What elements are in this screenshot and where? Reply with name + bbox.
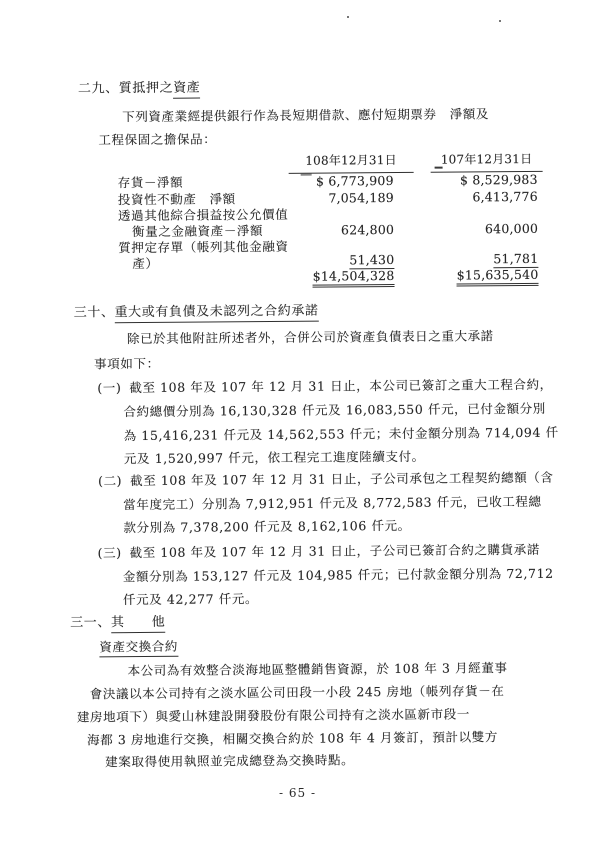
- asset-exchange-line: 海都 3 房地進行交換，相關交換合約於 108 年 4 月簽訂，預計以雙方: [87, 729, 498, 750]
- amount-fvoci-assets-108: 624,800: [289, 222, 394, 239]
- section-29-heading: 二九、質抵押之資產: [78, 81, 201, 100]
- table-row-label: 產）: [132, 256, 158, 274]
- amount-investment-property-108: 7,054,189: [289, 190, 394, 207]
- amount-investment-property-107: 6,413,776: [433, 189, 538, 206]
- table-col-header-year-107: 107年12月31日: [430, 151, 542, 173]
- section-31-title-text: 其 他: [111, 615, 166, 633]
- item-1-line: 截至 108 年及 107 年 12 月 31 日止，本公司已簽訂之重大工程合約…: [129, 377, 553, 398]
- section-30-number: 三十、: [74, 305, 115, 320]
- commitments-intro-line: 除已於其他附註所述者外，合併公司於資產負債表日之重大承諾: [127, 328, 494, 349]
- section-31-heading: 三一、其 他: [70, 615, 165, 634]
- scanned-financial-report-page: 二九、質抵押之資產 下列資產業經提供銀行作為長短期借款、應付短期票券 淨額及 工…: [0, 0, 595, 842]
- item-2-line: 截至 108 年及 107 年 12 月 31 日止，子公司承包之工程契約總額（…: [130, 470, 554, 491]
- item-2-line: 款分別為 7,378,200 仟元及 8,162,106 仟元。: [123, 518, 410, 538]
- amount-inventory-108: $ 6,773,909: [289, 173, 394, 190]
- asset-exchange-line: 建案取得使用執照並完成總登為交換時點。: [105, 752, 354, 772]
- page-number: - 65 -: [0, 786, 595, 800]
- commitments-intro-line: 事項如下：: [94, 356, 160, 375]
- table-col-header-year-108: 108年12月31日: [288, 152, 413, 174]
- item-3-line: 仟元及 42,277 仟元。: [123, 591, 258, 610]
- table-row-label: 存貨－淨額: [118, 175, 184, 194]
- item-1-line: 合約總價分別為 16,130,328 仟元及 16,083,550 仟元，已付金…: [123, 401, 545, 422]
- item-3-marker: (三): [98, 545, 122, 563]
- amount-pledged-deposits-107: 51,781: [433, 251, 538, 268]
- amount-fvoci-assets-107: 640,000: [433, 221, 538, 238]
- section-30-title-text: 重大或有負債及未認列之合約承諾: [114, 304, 318, 324]
- item-1-marker: (一): [97, 380, 121, 398]
- page-content: 二九、質抵押之資產 下列資產業經提供銀行作為長短期借款、應付短期票券 淨額及 工…: [0, 0, 595, 842]
- item-3-line: 截至 108 年及 107 年 12 月 31 日止，子公司已簽訂合約之購貨承諾: [130, 542, 540, 563]
- amount-total-107: $15,635,540: [433, 267, 538, 284]
- item-3-line: 金額分別為 153,127 仟元及 104,985 仟元；已付款金額分別為 72…: [123, 566, 554, 587]
- item-2-line: 當年度完工）分別為 7,912,951 仟元及 8,772,583 仟元，已收工…: [123, 494, 541, 515]
- asset-exchange-line: 會決議以本公司持有之淡水區公司田段一小段 245 房地（帳列存貨－在: [90, 683, 505, 704]
- item-1-line: 元及 1,520,997 仟元，依工程完工進度陸續支付。: [124, 449, 425, 469]
- section-30-heading: 三十、重大或有負債及未認列之合約承諾: [74, 304, 319, 324]
- item-1-line: 為 15,416,231 仟元及 14,562,553 仟元；未付金額分別為 7…: [124, 425, 559, 446]
- pledged-assets-paragraph-line: 下列資產業經提供銀行作為長短期借款、應付短期票券 淨額及: [122, 106, 489, 127]
- asset-exchange-line: 本公司為有效整合淡海地區整體銷售資源，於 108 年 3 月經董事: [127, 660, 507, 681]
- section-29-title-text: 資產: [173, 81, 200, 99]
- amount-total-108: $14,504,328: [289, 268, 394, 285]
- item-2-marker: (二): [98, 473, 122, 491]
- amount-inventory-107: $ 8,529,983: [433, 172, 538, 189]
- asset-exchange-line: 建房地項下）與愛山林建設開發股份有限公司持有之淡水區新市段一: [77, 706, 470, 727]
- section-31-number: 三一、: [70, 615, 111, 630]
- asset-exchange-subheading: 資產交換合約: [99, 639, 178, 658]
- amount-pledged-deposits-108: 51,430: [289, 252, 394, 269]
- pledged-assets-paragraph-line: 工程保固之擔保品：: [98, 131, 216, 150]
- section-29-number: 二九、質抵押之: [78, 81, 173, 97]
